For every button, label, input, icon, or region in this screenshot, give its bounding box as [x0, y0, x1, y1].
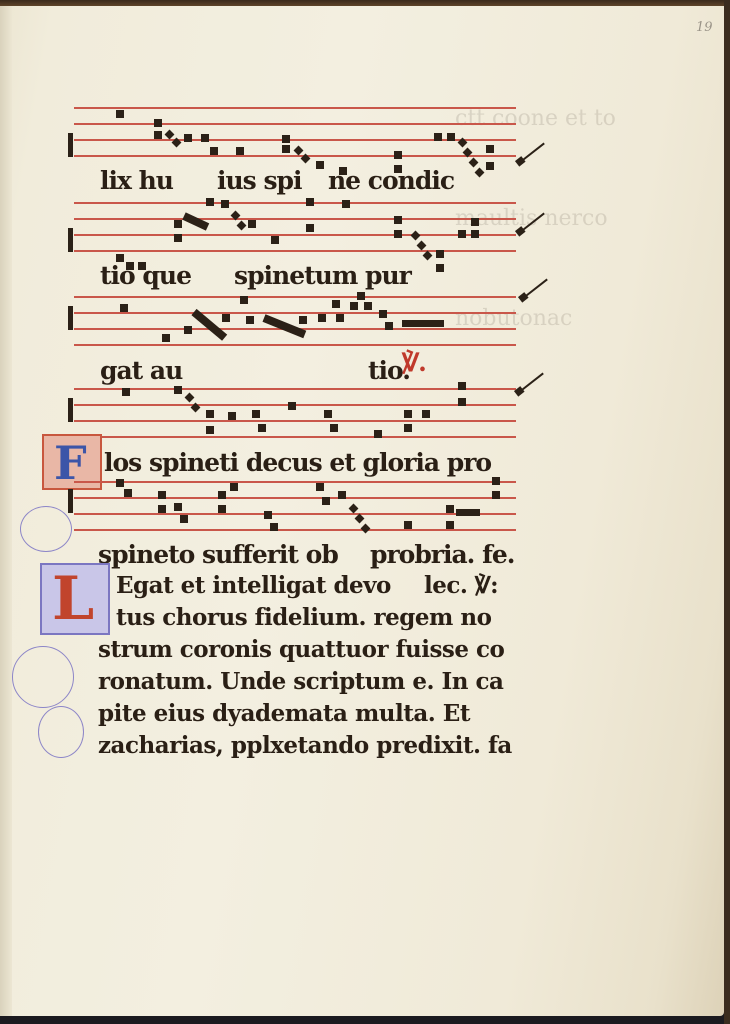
pen-flourish — [20, 506, 72, 552]
c-clef-icon — [68, 133, 73, 157]
lyric-syllable: ne condic — [328, 166, 454, 195]
music-staff-5 — [74, 481, 516, 531]
lyric-syllable: probria. fe. — [370, 540, 514, 569]
lyric-syllable: spineto sufferit ob — [98, 540, 338, 569]
music-staff-3 — [74, 296, 516, 346]
lyric-syllable: los spineti decus et gloria pro — [104, 448, 491, 477]
folio-number: 19 — [696, 20, 713, 35]
lesson-text-line: zacharias, pplxetando predixit. fa — [98, 732, 512, 759]
music-staff-1 — [74, 107, 516, 157]
manuscript-page: 19 ctt coone et to maultis nerco nobuton… — [0, 6, 724, 1016]
lesson-text-line: tus chorus fidelium. regem no — [116, 604, 491, 631]
lyric-syllable: tio que — [100, 261, 191, 290]
lesson-text-line: ronatum. Unde scriptum e. In ca — [98, 668, 503, 695]
lyric-syllable: ius spi — [217, 166, 302, 195]
c-clef-icon — [68, 306, 73, 330]
c-clef-icon — [68, 228, 73, 252]
c-clef-icon — [68, 489, 73, 513]
pen-flourish — [12, 646, 74, 708]
book-right-edge — [724, 0, 730, 1024]
lesson-text-line: strum coronis quattuor fuisse co — [98, 636, 504, 663]
lyric-syllable: spinetum pur — [234, 261, 411, 290]
lesson-rubric: lec. ℣: — [424, 572, 498, 599]
lyric-syllable: gat au — [100, 356, 182, 385]
lesson-text-line: pite eius dyademata multa. Et — [98, 700, 470, 727]
music-staff-2 — [74, 202, 516, 252]
music-staff-4 — [74, 388, 516, 438]
versicle-rubric: ℣. — [402, 348, 426, 377]
c-clef-icon — [68, 398, 73, 422]
lyric-syllable: lix hu — [100, 166, 173, 195]
decorated-initial-l: L — [40, 563, 110, 635]
initial-letter: L — [52, 565, 94, 633]
lesson-text-line: Egat et intelligat devo — [116, 572, 391, 599]
custos-icon — [517, 373, 543, 394]
custos-icon — [518, 143, 544, 164]
custos-icon — [521, 279, 547, 300]
pen-flourish — [38, 706, 84, 758]
